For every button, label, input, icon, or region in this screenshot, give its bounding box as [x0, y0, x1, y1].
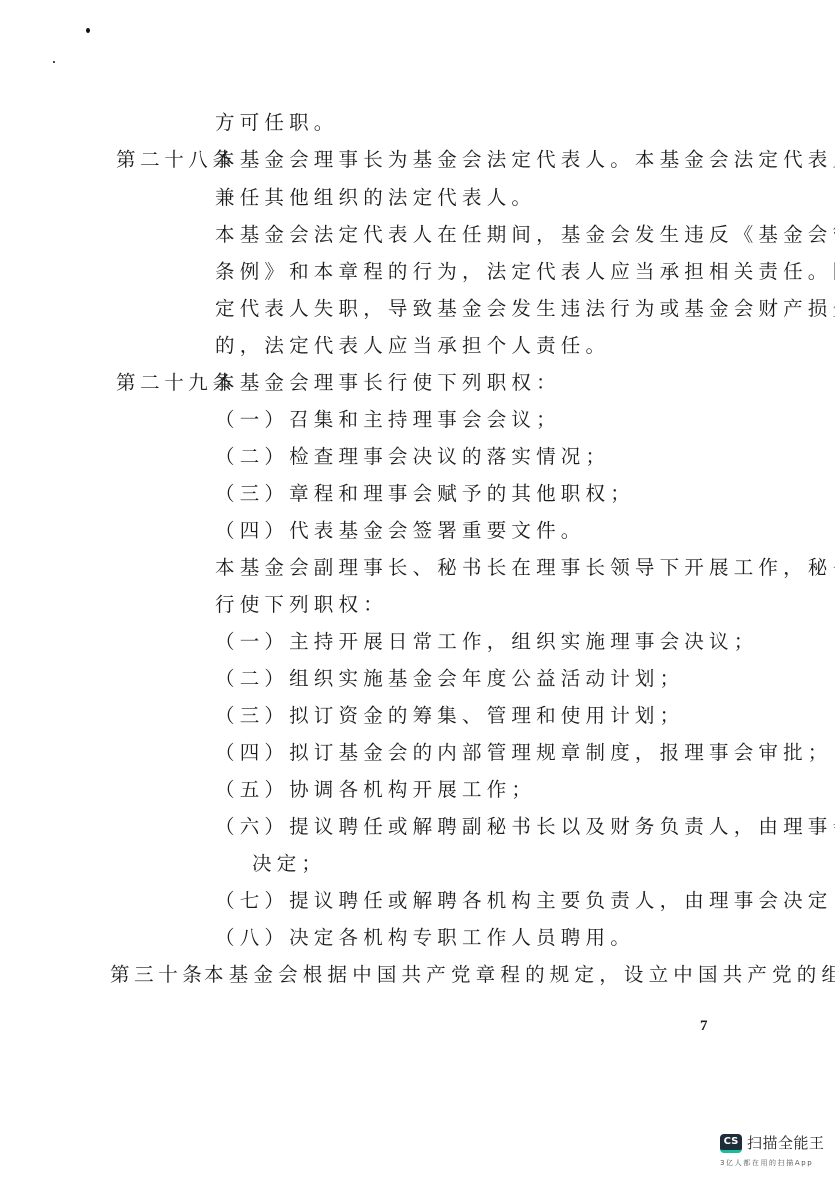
camscanner-logo-icon: CS: [720, 1134, 742, 1153]
text-line: 本基金会理事长为基金会法定代表人。本基金会法定代表人不: [215, 148, 835, 172]
text-line: （四）代表基金会签署重要文件。: [215, 519, 586, 543]
scan-speck: [86, 28, 90, 33]
text-line: 本基金会法定代表人在任期间，基金会发生违反《基金会管理: [215, 223, 835, 247]
text-line: 兼任其他组织的法定代表人。: [215, 186, 536, 210]
text-line: （一）召集和主持理事会会议；: [215, 408, 561, 432]
text-line: （八）决定各机构专职工作人员聘用。: [215, 926, 635, 950]
page-number: 7: [700, 1018, 708, 1035]
text-line: （五）协调各机构开展工作；: [215, 778, 536, 802]
text-line: 本基金会理事长行使下列职权：: [215, 371, 561, 395]
watermark-tagline: 3亿人都在用的扫描App: [720, 1158, 813, 1168]
text-line: （七）提议聘任或解聘各机构主要负责人，由理事会决定；: [215, 889, 835, 913]
text-line: （二）检查理事会决议的落实情况；: [215, 445, 610, 469]
watermark-app-name: 扫描全能王: [747, 1134, 825, 1153]
text-line: （四）拟订基金会的内部管理规章制度，报理事会审批；: [215, 741, 833, 765]
text-line: （六）提议聘任或解聘副秘书长以及财务负责人，由理事会: [215, 815, 835, 839]
text-line: （一）主持开展日常工作，组织实施理事会决议；: [215, 630, 758, 654]
text-line: （三）章程和理事会赋予的其他职权；: [215, 482, 635, 506]
text-line: 的，法定代表人应当承担个人责任。: [215, 334, 610, 358]
text-line: 定代表人失职，导致基金会发生违法行为或基金会财产损失: [215, 297, 835, 321]
text-line: 决定；: [252, 852, 326, 876]
text-line: （三）拟订资金的筹集、管理和使用计划；: [215, 704, 684, 728]
scan-speck: [53, 61, 55, 63]
text-line: （二）组织实施基金会年度公益活动计划；: [215, 667, 684, 691]
article-label: 第三十条: [110, 963, 206, 987]
text-line: 方可任职。: [215, 111, 339, 135]
camscanner-watermark: CS 扫描全能王 3亿人都在用的扫描App: [720, 1134, 830, 1174]
text-line: 行使下列职权：: [215, 593, 388, 617]
text-line: 本基金会根据中国共产党章程的规定，设立中国共产党的组织，: [204, 963, 835, 987]
text-line: 条例》和本章程的行为，法定代表人应当承担相关责任。因法: [215, 260, 835, 284]
text-line: 本基金会副理事长、秘书长在理事长领导下开展工作，秘书长: [215, 556, 835, 580]
